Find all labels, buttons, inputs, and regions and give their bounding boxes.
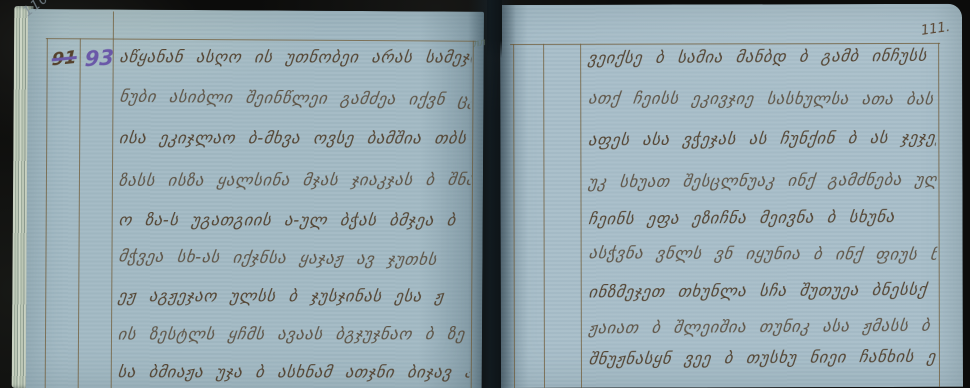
manuscript-line: აწყანან ასღო ის უთნობეი არას სამეჯია	[118, 47, 473, 66]
manuscript-line: უკ სხუათ შესცლნუაკ ინქ გამძნება ულს	[587, 170, 937, 192]
manuscript-line: შნუჟნასყნ ვეე ბ თუსხუ ნიეი ჩანხის ესშ	[588, 347, 938, 369]
manuscript-line: მჭვეა სხ-ას იქჯნსა ყაჯაჟ ავ ჯუთხს	[117, 247, 471, 270]
gutter-gap	[487, 0, 502, 58]
left-page-margin-rule-1	[45, 38, 48, 388]
manuscript-line: ო ზა-ს უგათგიის ა-ულ ბჭას ბმჯეა ბ	[117, 210, 472, 229]
manuscript-line: ვეიქსე ბ სამია მანბდ ბ გამბ ინჩუსს	[587, 46, 937, 68]
manuscript-line: ზასს ისზა ყალსინა მჯას ჯიაკჯას ბ შნათ მა	[118, 170, 473, 190]
right-page-margin-rule-1	[513, 44, 515, 388]
struck-entry-number: 91	[51, 47, 77, 71]
manuscript-line: ისა ეკიჯლაო ბ-მხვა ოვსე ბამშია თბს	[118, 128, 473, 147]
manuscript-left-page: 110б 91 93 აწყანან ასღო ის უთნობეი არას …	[26, 9, 484, 388]
manuscript-line: ათქ ჩეისს ეკივჯიე სასხულსა ათა ბას	[587, 89, 937, 109]
manuscript-line: აფეს ასა ვჭეჯას ას ჩუნქინ ბ ას ჯეჯეჟ	[587, 128, 937, 150]
left-page-top-rule	[46, 38, 476, 42]
entry-number: 93	[84, 45, 114, 71]
right-page-right-rule	[938, 43, 940, 387]
gutter-mark: лл	[472, 37, 487, 50]
manuscript-right-page: 111. ვეიქსე ბ სამია მანბდ ბ გამბ ინჩუსს …	[500, 4, 963, 388]
left-page-margin-rule-2	[78, 38, 81, 388]
right-page-margin-rule-2	[543, 44, 545, 388]
manuscript-line: ასჭვნა ვნლს ვნ იყუნია ბ ინქ ფიუს ნაჟ	[588, 244, 938, 265]
folio-number: 111.	[920, 20, 951, 39]
right-page-margin-rule-3	[580, 44, 582, 388]
right-page-top-rule	[510, 43, 940, 45]
manuscript-line: ჩეინს ეფა ეზიჩნა მეივნა ბ სხუნა	[587, 207, 937, 229]
manuscript-line: ის ზესტლს ყჩმს ავაას ბგჯუჯნაო ბ ზე	[117, 324, 472, 343]
manuscript-line: ეჟ აგჟეჯაო ულსს ბ ჯუსჯინას ესა ჟ	[117, 286, 472, 305]
manuscript-line: ინზმეჯეთ თხუნლა სჩა შუთუეა ბნესსქ	[588, 280, 938, 302]
manuscript-line: სა ბმიაჟა უჯა ბ ასხნამ ათჯნი ბიჯავ ჰ	[116, 362, 471, 381]
manuscript-line: ჟაიათ ბ შლეიშია თუნიკ ასა ჟმასს ბ	[588, 316, 938, 338]
manuscript-line: ნუბი ასიბლი შეინწლეი გამძეა იქვნ ცკ	[118, 87, 472, 109]
